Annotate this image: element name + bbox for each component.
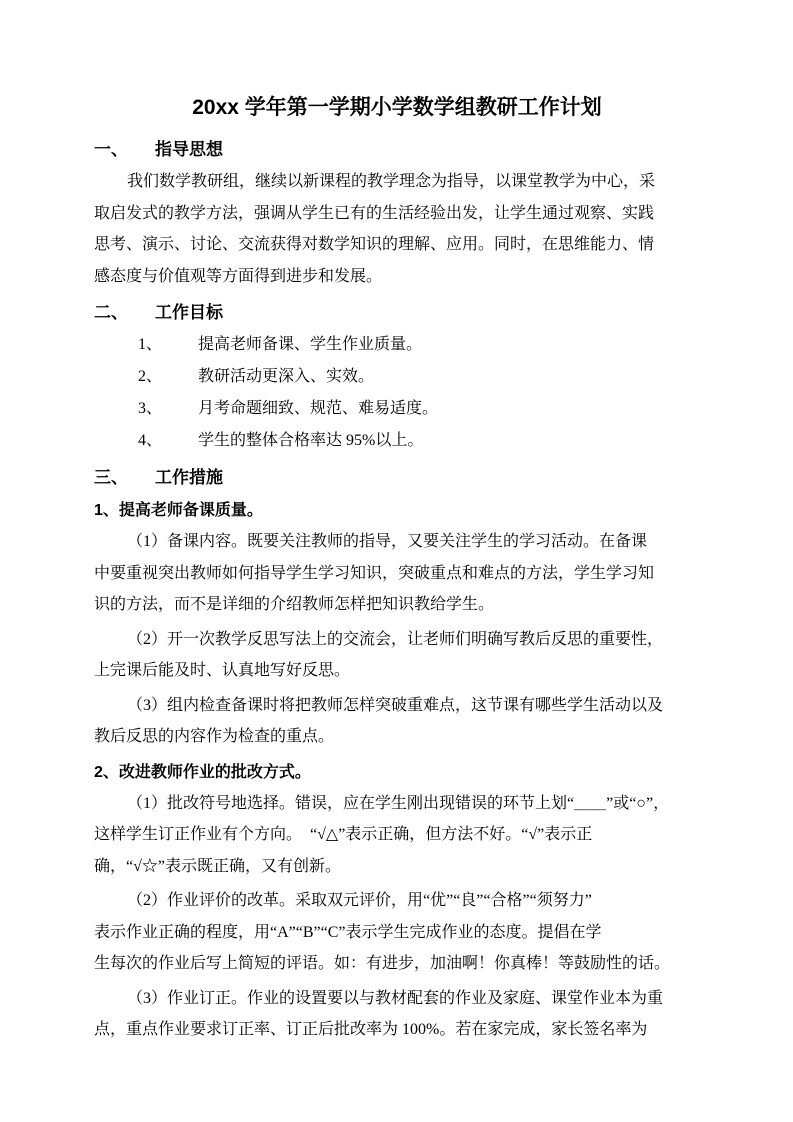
paragraph-lesson-prep-2: （2）开一次教学反思写法上的交流会，让老师们明确写教后反思的重要性， 上完课后能… [94,624,700,687]
document-page: 20xx 学年第一学期小学数学组教研工作计划 一、指导思想 我们数学教研组，继续… [0,0,793,1122]
section-title: 指导思想 [155,140,223,159]
goal-item-4: 4、学生的整体合格率达 95%以上。 [94,425,700,457]
measure-heading-lesson-prep: 1、提高老师备课质量。 [94,498,700,523]
goal-number: 3、 [138,393,198,425]
document-title: 20xx 学年第一学期小学数学组教研工作计划 [94,93,700,123]
paragraph-lesson-prep-1: （1）备课内容。既要关注教师的指导，又要关注学生的学习活动。在备课 中要重视突出… [94,526,700,621]
paragraph-homework-marking-3: （3）作业订正。作业的设置要以与教材配套的作业及家庭、课堂作业本为重 点，重点作… [94,983,700,1046]
goal-item-2: 2、教研活动更深入、实效。 [94,361,700,393]
paragraph-homework-marking-2: （2）作业评价的改革。采取双元评价，用“优”“良”“合格”“须努力” 表示作业正… [94,885,700,980]
goal-text: 学生的整体合格率达 95%以上。 [198,432,423,449]
paragraph-lesson-prep-3: （3）组内检查备课时将把教师怎样突破重难点，这节课有哪些学生活动以及 教后反思的… [94,690,700,753]
goal-text: 教研活动更深入、实效。 [198,368,374,385]
section-title: 工作目标 [155,303,223,322]
goal-text: 月考命题细致、规范、难易适度。 [198,400,438,417]
goal-item-3: 3、月考命题细致、规范、难易适度。 [94,393,700,425]
section-heading-guiding-ideology: 一、指导思想 [94,136,700,163]
goal-number: 1、 [138,329,198,361]
measure-heading-homework-marking: 2、改进教师作业的批改方式。 [94,760,700,785]
section-number: 三、 [94,464,155,491]
paragraph-homework-marking-1: （1）批改符号地选择。错误，应在学生刚出现错误的环节上划“＿＿”或“○”， 这样… [94,788,700,883]
goal-number: 4、 [138,425,198,457]
section-number: 二、 [94,299,155,326]
goal-item-1: 1、提高老师备课、学生作业质量。 [94,329,700,361]
section-heading-work-goals: 二、工作目标 [94,299,700,326]
section-number: 一、 [94,136,155,163]
goal-text: 提高老师备课、学生作业质量。 [198,336,422,353]
section-title: 工作措施 [155,468,223,487]
section-heading-work-measures: 三、工作措施 [94,464,700,491]
paragraph-guiding-ideology: 我们数学教研组，继续以新课程的教学理念为指导，以课堂教学为中心，采 取启发式的教… [94,166,700,292]
goal-number: 2、 [138,361,198,393]
